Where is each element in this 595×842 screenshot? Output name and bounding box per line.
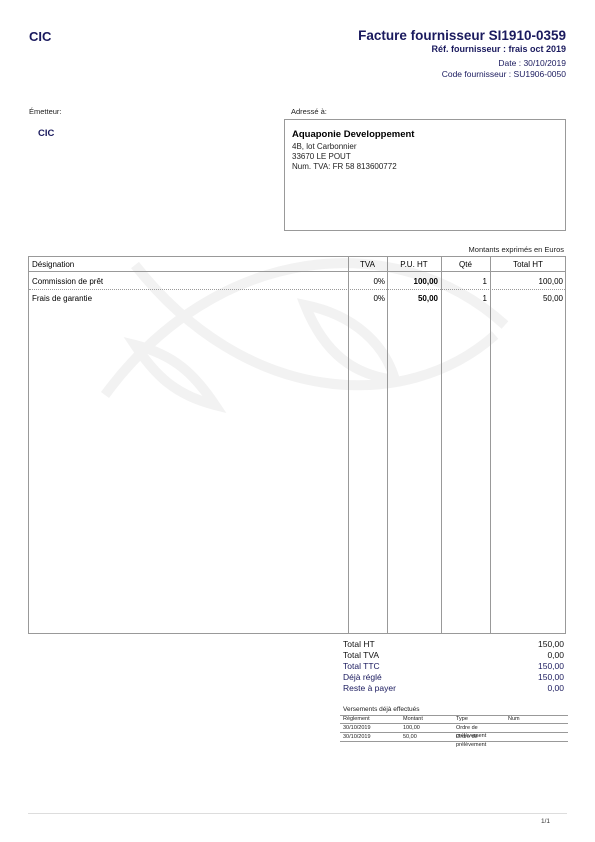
invoice-title: Facture fournisseur SI1910-0359 <box>358 28 566 43</box>
payment-amount: 50,00 <box>403 734 417 740</box>
sender-name: CIC <box>38 128 54 139</box>
page-number: 1/1 <box>541 818 550 825</box>
payment-amount: 100,00 <box>403 725 420 731</box>
column-header-total: Total HT <box>490 260 566 269</box>
total-ht-label: Total HT <box>343 639 375 649</box>
row-total: 50,00 <box>543 294 563 303</box>
row-tva: 0% <box>373 277 385 286</box>
payments-rule <box>340 723 568 724</box>
currency-note: Montants exprimés en Euros <box>469 245 564 254</box>
recipient-label: Adressé à: <box>291 107 327 116</box>
remaining-label: Reste à payer <box>343 683 396 693</box>
invoice-date: Date : 30/10/2019 <box>498 58 566 68</box>
recipient-vat-number: Num. TVA: FR 58 813600772 <box>292 162 397 171</box>
payments-header-type: Type <box>456 716 468 722</box>
already-paid-label: Déjà réglé <box>343 672 382 682</box>
row-unit-price: 100,00 <box>414 277 438 286</box>
payments-header-date: Règlement <box>343 716 370 722</box>
sender-label: Émetteur: <box>29 107 62 116</box>
total-tva-value: 0,00 <box>547 650 564 660</box>
remaining-value: 0,00 <box>547 683 564 693</box>
total-ttc-value: 150,00 <box>538 661 564 671</box>
column-header-qty: Qté <box>441 260 490 269</box>
invoice-lines-table: Désignation TVA P.U. HT Qté Total HT Com… <box>28 256 566 634</box>
supplier-reference: Réf. fournisseur : frais oct 2019 <box>431 44 566 54</box>
row-total: 100,00 <box>539 277 563 286</box>
total-ht-value: 150,00 <box>538 639 564 649</box>
column-divider <box>348 257 349 633</box>
column-divider <box>441 257 442 633</box>
row-unit-price: 50,00 <box>418 294 438 303</box>
supplier-code: Code fournisseur : SU1906-0050 <box>442 69 566 79</box>
payments-rule <box>340 741 568 742</box>
row-qty: 1 <box>483 277 487 286</box>
row-divider <box>29 289 565 290</box>
footer-divider <box>28 813 567 814</box>
row-designation: Frais de garantie <box>32 294 92 303</box>
column-header-unit-price: P.U. HT <box>387 260 441 269</box>
recipient-name: Aquaponie Developpement <box>292 129 414 140</box>
header-divider <box>29 271 565 272</box>
column-divider <box>490 257 491 633</box>
total-tva-label: Total TVA <box>343 650 379 660</box>
payments-rule <box>340 715 568 716</box>
payments-rule <box>340 732 568 733</box>
payments-header-amount: Montant <box>403 716 423 722</box>
payment-date: 30/10/2019 <box>343 725 371 731</box>
total-ttc-label: Total TTC <box>343 661 380 671</box>
payments-title: Versements déjà effectués <box>343 706 419 713</box>
row-designation: Commission de prêt <box>32 277 103 286</box>
payment-date: 30/10/2019 <box>343 734 371 740</box>
column-divider <box>387 257 388 633</box>
recipient-address-line1: 4B, lot Carbonnier <box>292 142 356 151</box>
sender-name-header: CIC <box>29 29 51 44</box>
row-qty: 1 <box>483 294 487 303</box>
already-paid-value: 150,00 <box>538 672 564 682</box>
column-header-designation: Désignation <box>32 260 74 269</box>
recipient-address-line2: 33670 LE POUT <box>292 152 351 161</box>
payments-header-num: Num <box>508 716 520 722</box>
row-tva: 0% <box>373 294 385 303</box>
recipient-address-box: Aquaponie Developpement 4B, lot Carbonni… <box>284 119 566 231</box>
column-header-tva: TVA <box>348 260 387 269</box>
